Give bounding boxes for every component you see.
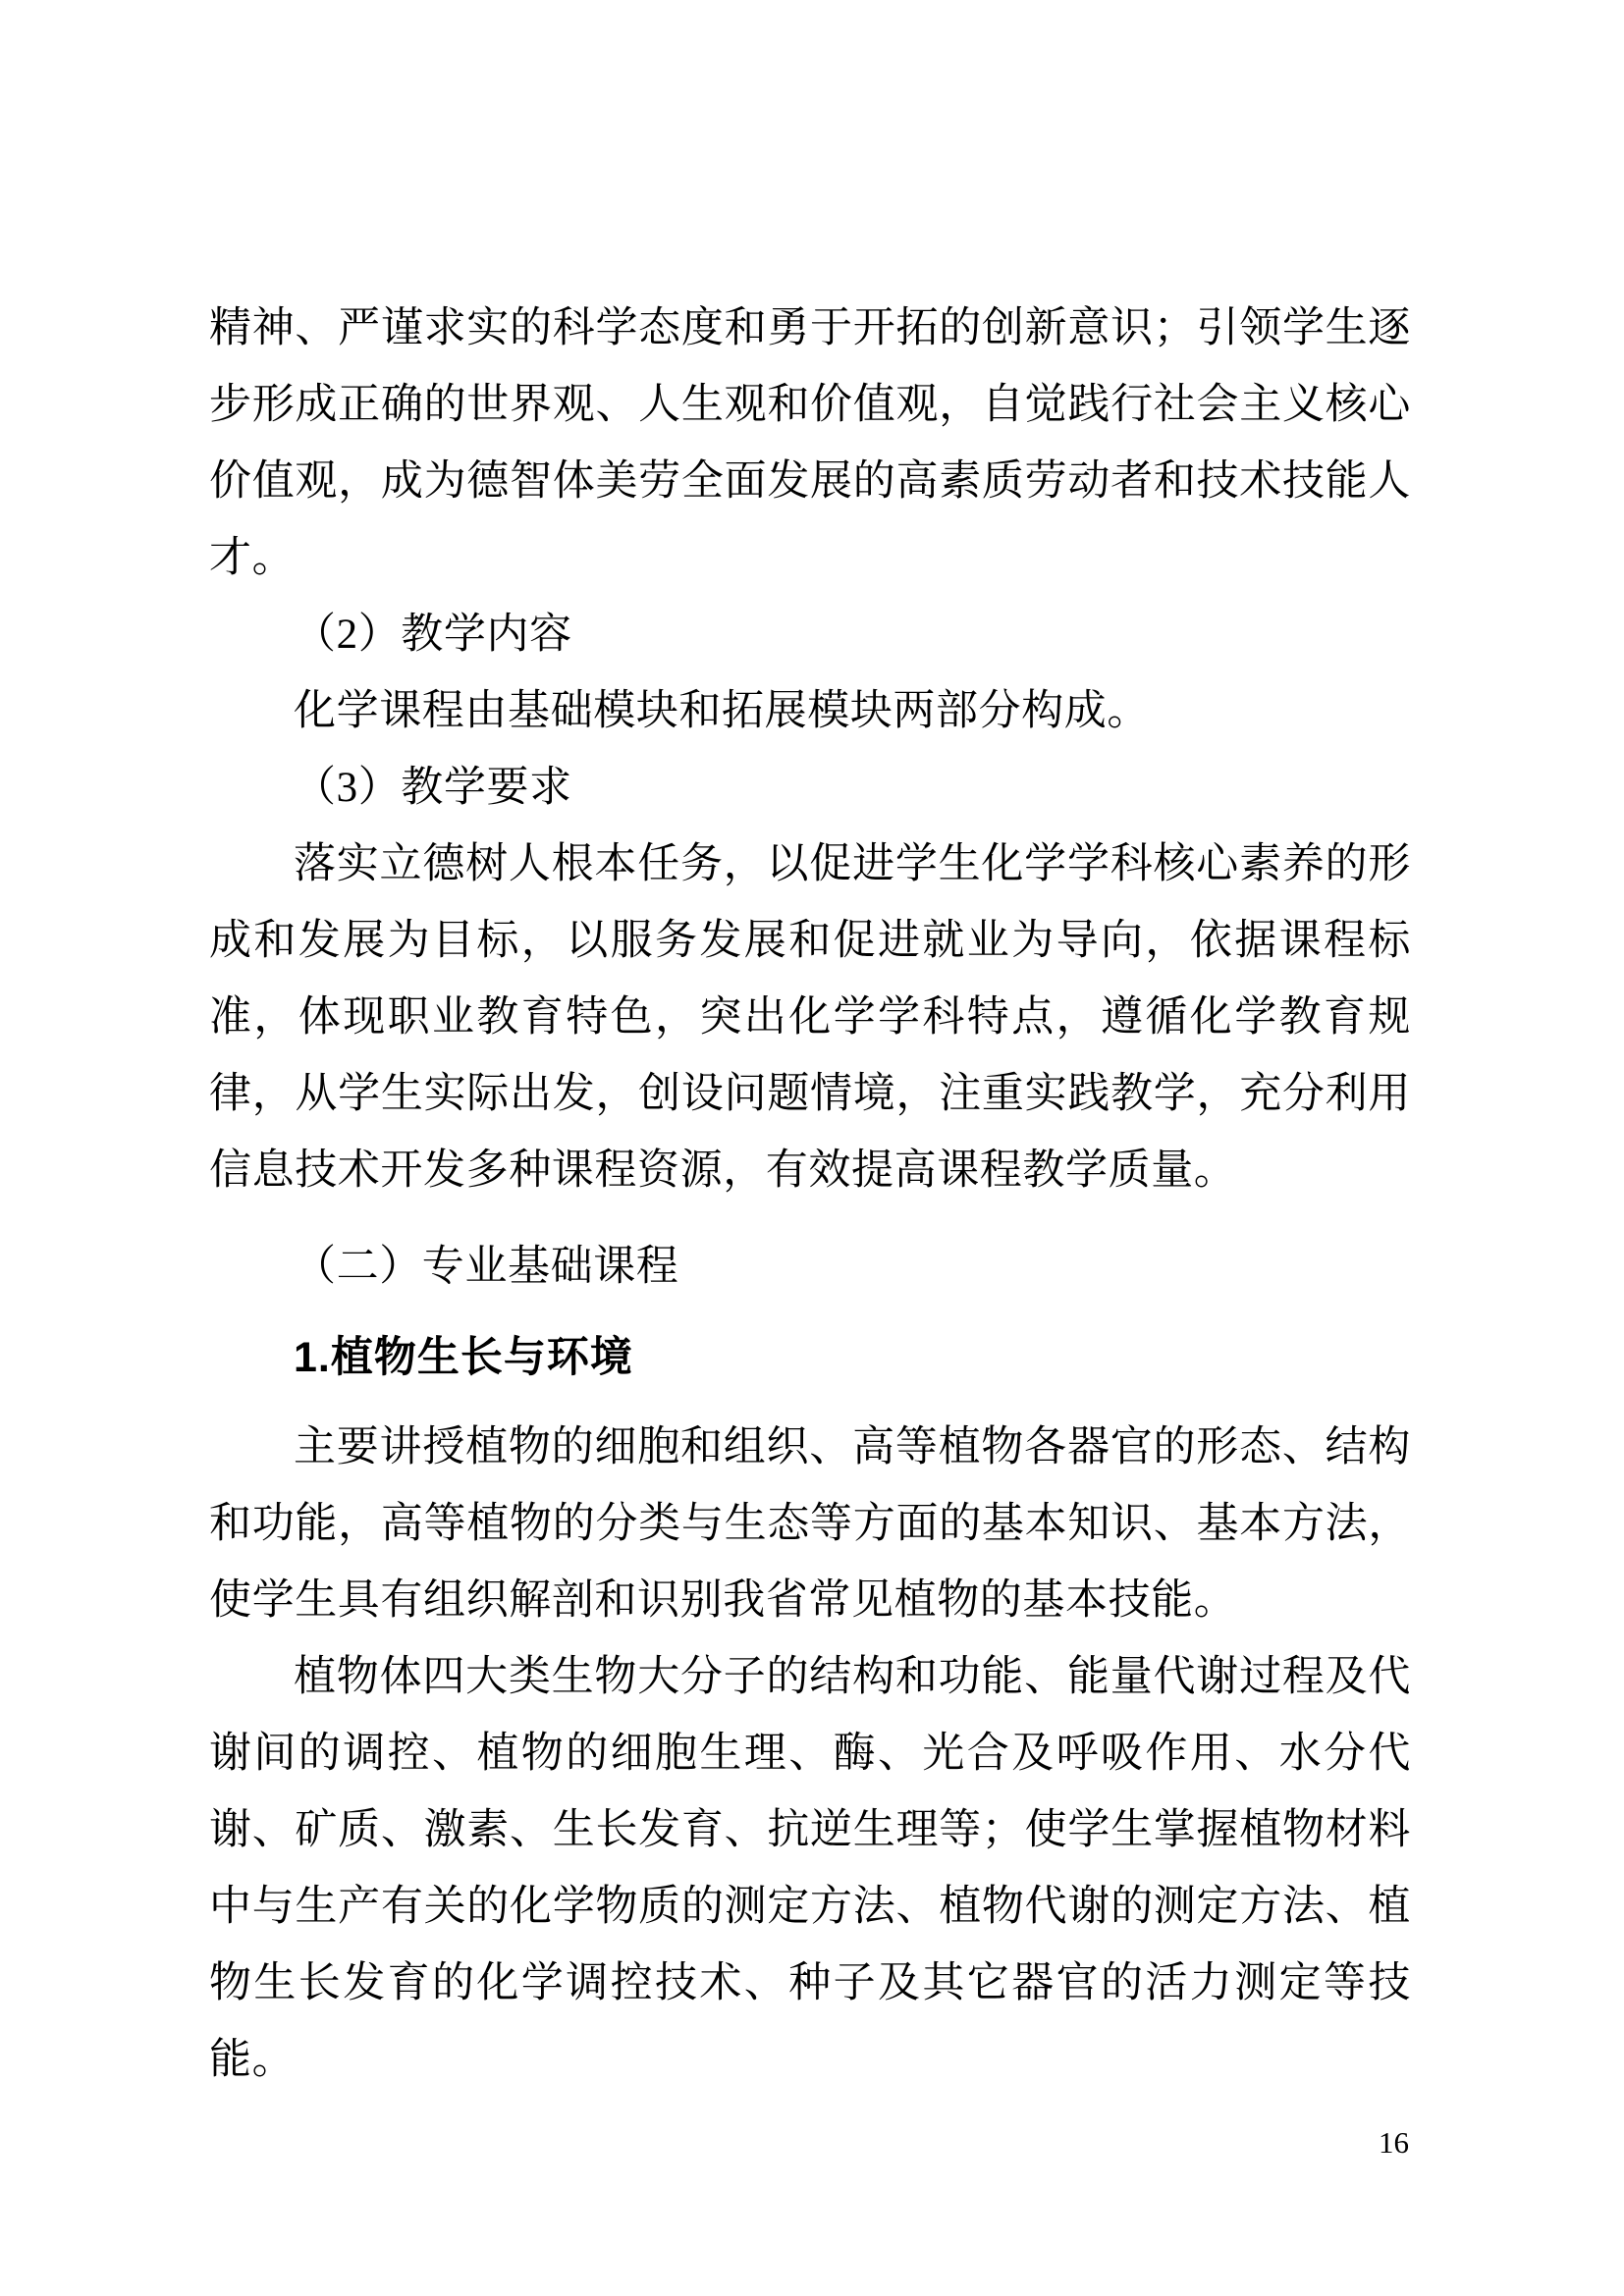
document-page: 精神、严谨求实的科学态度和勇于开拓的创新意识；引领学生逐步形成正确的世界观、人生… [0,0,1624,2296]
course-title-heading: 1.植物生长与环境 [209,1319,1411,1396]
para-teaching-content-body: 化学课程由基础模块和拓展模块两部分构成。 [209,673,1411,750]
para-teaching-requirements-heading: （3）教学要求 [209,750,1411,827]
section-heading: （二）专业基础课程 [209,1229,1411,1306]
para-continuation: 精神、严谨求实的科学态度和勇于开拓的创新意识；引领学生逐步形成正确的世界观、人生… [209,291,1411,597]
text-content: 精神、严谨求实的科学态度和勇于开拓的创新意识；引领学生逐步形成正确的世界观、人生… [209,291,1411,2099]
para-course-overview: 主要讲授植物的细胞和组织、高等植物各器官的形态、结构和功能，高等植物的分类与生态… [209,1410,1411,1639]
para-teaching-content-heading: （2）教学内容 [209,597,1411,673]
para-course-details: 植物体四大类生物大分子的结构和功能、能量代谢过程及代谢间的调控、植物的细胞生理、… [209,1639,1411,2099]
para-teaching-requirements-body: 落实立德树人根本任务，以促进学生化学学科核心素养的形成和发展为目标，以服务发展和… [209,827,1411,1209]
page-number: 16 [1379,2125,1422,2161]
